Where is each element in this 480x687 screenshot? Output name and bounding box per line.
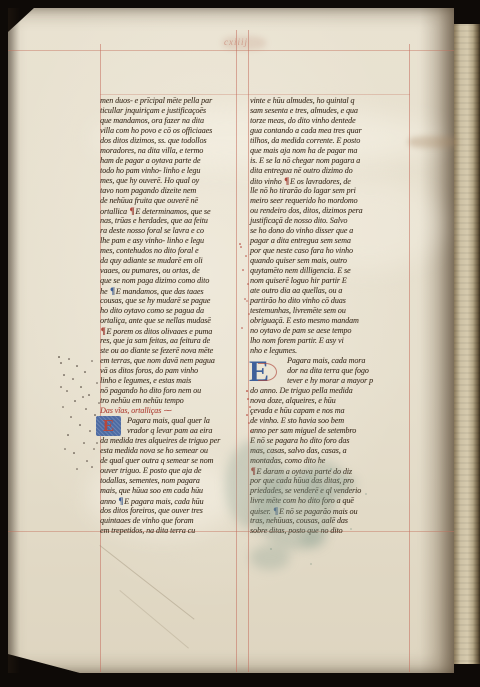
text-line: he ¶E mandamos, que das taaes [100,286,237,296]
red-speckles [239,243,241,245]
text-line: res, que ja sam feitas, aa feitura de [100,336,237,346]
text-line: dita entregua nē outro dizimo do [250,166,413,176]
show-through-text [408,136,458,148]
rubric-heading: Das vĩas, ortalliças ⁓ [100,406,237,416]
text-line: todallas, sementes, nom pagara [100,476,237,486]
text-line: linho e legumes, e estas mais [100,376,237,386]
text-line: ate outro dia aa quellas, ou a [250,286,413,296]
text-line: em terras, que nom davā nem pagua [100,356,237,366]
folio-number: cxiiij [224,37,248,47]
text-line: que mandamos, ora fazer na dita [100,116,237,126]
text-line: de nehūua fruita que ouverē nē [100,196,237,206]
page-edge-streaks [452,24,480,664]
text-line: nas, trūas e herdades, que aa feitu [100,216,237,226]
text-line: ticullar jnquiriçam e justificaçoēs [100,106,237,116]
ruling-line-vertical [248,30,249,672]
text-line: esta medida nova se ho semear ou [100,446,237,456]
text-line: nō pagando ho dito foro nem ou [100,386,237,396]
green-stain [300,530,325,548]
text-line: quintaaes de vinho que foram [100,516,237,526]
text-line: todo ho pam vinho- linho e legu [100,166,237,176]
gutter-shadow [420,8,454,673]
text-line: por que neste caso fara ho vinho [250,246,413,256]
text-line: pagar a dita entregua sem sema [250,236,413,246]
text-line: meiro seer requerido ho mordomo [250,196,413,206]
text-line: do anno. De triguo pella medida [250,386,413,396]
text-line: de qual quer outra q semear se nom [100,456,237,466]
initial-letter: E [96,416,121,436]
text-line: lhe pam e asy vinho- linho e legu [100,236,237,246]
text-line: lho nom forem partir. E asy vi [250,336,413,346]
text-line: quytamēto nem dilligencia. E se [250,266,413,276]
manuscript-photograph: { "manuscript": { "folio_number": "cxiii… [0,0,480,687]
ruling-line-horizontal [8,50,454,51]
text-line: cousas, que se hy mudarē se pague [100,296,237,306]
text-line: men duos- e prīcipal mēte pella par [100,96,237,106]
text-line: torze meas, do dito vinho dentede [250,116,413,126]
text-line: que mais aja nom ha de pagar ma [250,146,413,156]
text-line: tro nehūu em nehūu tempo [100,396,237,406]
text-line: da quy adiante se mudarē em oli [100,256,237,266]
text-line: nova doze, alqueires, e hūu [250,396,413,406]
green-stain [250,545,290,570]
green-stain [335,475,357,493]
text-line: ho dito oytavo como se pagua da [100,306,237,316]
text-line: ¶E porem os ditos olivaaes e puma [100,326,237,336]
green-specks [330,468,332,470]
ink-speckles [58,356,60,358]
text-line: dos ditos dizimos, ss. que todollos [100,136,237,146]
text-line: E nō se pagara ho dito foro das [250,436,413,446]
text-line: justificaçā de nosso dito. Salvo [250,216,413,226]
text-line: da medida tres alqueires de triguo per [100,436,237,446]
illuminated-initial: E [96,416,121,436]
flourish-dot-trail [246,390,248,392]
text-line: çevada e hūu capam e nos ma [250,406,413,416]
text-line: mes, contehudos no dito foral e [100,246,237,256]
text-line: anno ¶E pagara mais, cada hūu [100,496,237,506]
page-left-shadow [8,8,20,673]
text-line: ste ou ao diante se fezerē nova mēte [100,346,237,356]
text-line: sam sesenta e tres, almudes, e qua [250,106,413,116]
text-line: ortaliça, ante que se nellas mudasē [100,316,237,326]
text-line: moradores, na dita villa, e termo [100,146,237,156]
text-line: ham de pagar a oytava parte de [100,156,237,166]
text-line: ra deste nosso foral se lavra e co [100,226,237,236]
text-line: se ho dono do vinho disser que a [250,226,413,236]
text-line: ouver triguo. E posto que aja de [100,466,237,476]
text-line: is. E se la nō chegar nom pagara a [250,156,413,166]
ruling-line-horizontal [100,94,410,95]
text-line: de vinho. E sto havia soo bem [250,416,413,426]
text-line: no oytavo de pam se aese tempo [250,326,413,336]
text-column-left: men duos- e prīcipal mēte pella particul… [100,96,237,536]
text-line: vā os ditos foros, do pam vinho [100,366,237,376]
text-line: nho e legumes. [250,346,413,356]
text-line: ortallica ¶E determinamos, que se [100,206,237,216]
text-line: lle nō ho tirarão do lagar sem pri [250,186,413,196]
text-line: anno per sam miguel de setembro [250,426,413,436]
text-line: partirão ho dito vinho cō duas [250,296,413,306]
text-line: que se nom paga dizimo como dito [100,276,237,286]
text-line: dos ditos foreiros, que ouver tres [100,506,237,516]
text-line: nom quiserē loguo hir partir E [250,276,413,286]
text-line: obriguaçā. E esto mesmo mandam [250,316,413,326]
text-line: vaaes, ou pumares, ou ortas, de [100,266,237,276]
text-line: ou rendeiro dos, ditos, dizimos pera [250,206,413,216]
text-line: dito vinho ¶E os lavradores, de [250,176,413,186]
illuminated-initial: E [249,356,282,387]
text-line: mais, que hūua soo em cada hūu [100,486,237,496]
text-line: testemunhas, livremēte sem ou [250,306,413,316]
text-line: villa com ho povo e cō os officiaaes [100,126,237,136]
text-line: tavo nom pagando dizeite nem [100,186,237,196]
text-line: quando quiser sem mais, outro [250,256,413,266]
text-line: vinte e hūu almudes, ho quintal q [250,96,413,106]
text-line: em trepetidos, na dita terra cu [100,526,237,536]
text-line: mes, que hy ouverē. Ho qual oy [100,176,237,186]
text-line: gua contando a cada mea tres quar [250,126,413,136]
book-fore-edge [452,24,480,664]
text-line: tilhos, da medida corrente. E posto [250,136,413,146]
